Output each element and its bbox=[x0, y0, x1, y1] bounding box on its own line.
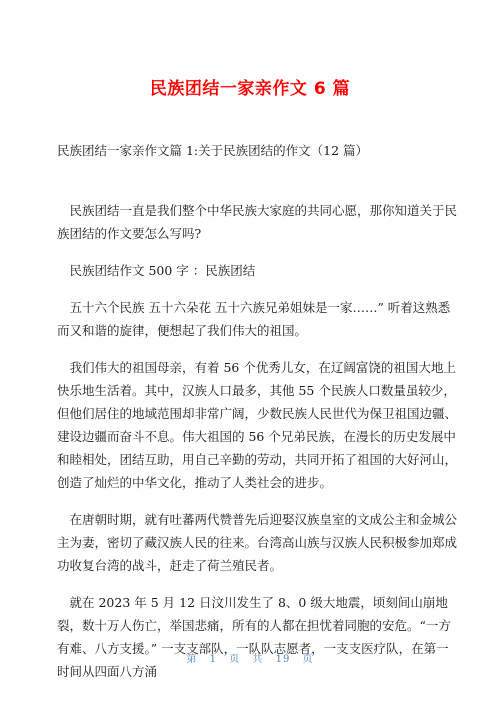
document-title: 民族团结一家亲作文 6 篇 bbox=[0, 74, 500, 99]
paragraph-earthquake: 就在 2023 年 5 月 12 日汶川发生了 8、0 级大地震，顷刻间山崩地裂… bbox=[57, 591, 457, 683]
paragraph-song: 五十六个民族 五十六朵花 五十六族兄弟姐妹是一家……” 听着这熟悉而又和谐的旋律… bbox=[57, 296, 457, 342]
document-body: 民族团结一家亲作文篇 1:关于民族团结的作文（12 篇） 民族团结一直是我们整个… bbox=[57, 139, 457, 683]
paragraph-intro: 民族团结一直是我们整个中华民族大家庭的共同心愿，那你知道关于民族团结的作文要怎么… bbox=[57, 199, 457, 245]
paragraph-tang-dynasty: 在唐朝时期，就有吐蕃两代赞普先后迎娶汉族皇室的文成公主和金城公主为妻，密切了藏汉… bbox=[57, 508, 457, 577]
page-number-footer: 第 1 页 共 19 页 bbox=[0, 650, 500, 665]
document-subtitle: 民族团结一家亲作文篇 1:关于民族团结的作文（12 篇） bbox=[57, 139, 457, 162]
paragraph-heading: 民族团结作文 500 字 ：民族团结 bbox=[57, 259, 457, 282]
paragraph-motherland: 我们伟大的祖国母亲，有着 56 个优秀儿女，在辽阔富饶的祖国大地上快乐地生活着。… bbox=[57, 356, 457, 494]
document-page: 民族团结一家亲作文 6 篇 民族团结一家亲作文篇 1:关于民族团结的作文（12 … bbox=[0, 0, 500, 708]
